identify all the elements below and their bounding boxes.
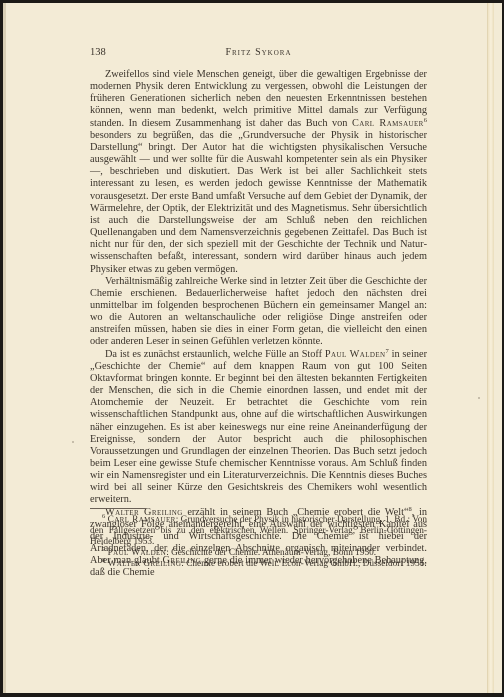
footnote-rule xyxy=(90,508,146,509)
footnotes: 6 Carl Ramsauer: Grundversuche der Physi… xyxy=(90,515,427,570)
footnote: 6 Carl Ramsauer: Grundversuche der Physi… xyxy=(90,515,427,548)
book-page: 138 Fritz Sykora Zweifellos sind viele M… xyxy=(3,3,502,693)
author-name: Carl Ramsauer xyxy=(108,515,176,525)
speck xyxy=(72,441,74,443)
footnote-ref: 6 xyxy=(424,117,427,124)
running-head: Fritz Sykora xyxy=(90,47,427,58)
text-run: in seiner „Geschichte der Chemie“ auf de… xyxy=(90,349,427,506)
text-run: Da ist es zunächst erstaunlich, welche F… xyxy=(105,349,325,360)
paragraph: Verhältnismäßig zahlreiche Werke sind in… xyxy=(90,276,427,349)
body-text: Zweifellos sind viele Menschen geneigt, … xyxy=(90,69,427,580)
footnote: 8 Walter Greiling: Chemie erobert die We… xyxy=(90,559,427,570)
author-name: Paul Walden xyxy=(108,548,167,558)
author-name: Paul Walden xyxy=(325,349,386,360)
author-name: Carl Ramsauer xyxy=(352,118,424,129)
text-run: Verhältnismäßig zahlreiche Werke sind in… xyxy=(90,276,427,348)
footnote: 7 Paul Walden: Geschichte der Chemie. At… xyxy=(90,548,427,559)
text-run: : Chemie erobert die Welt. Econ-Verlag G… xyxy=(181,559,426,569)
author-name: Walter Greiling xyxy=(108,559,182,569)
paragraph: Da ist es zunächst erstaunlich, welche F… xyxy=(90,349,427,507)
page-edge xyxy=(487,3,494,693)
paragraph: Zweifellos sind viele Menschen geneigt, … xyxy=(90,69,427,276)
speck xyxy=(478,397,480,399)
text-run: : Geschichte der Chemie. Athenäum-Verlag… xyxy=(166,548,376,558)
text-run: besonders zu begrüßen, das die „Grundver… xyxy=(90,130,427,275)
